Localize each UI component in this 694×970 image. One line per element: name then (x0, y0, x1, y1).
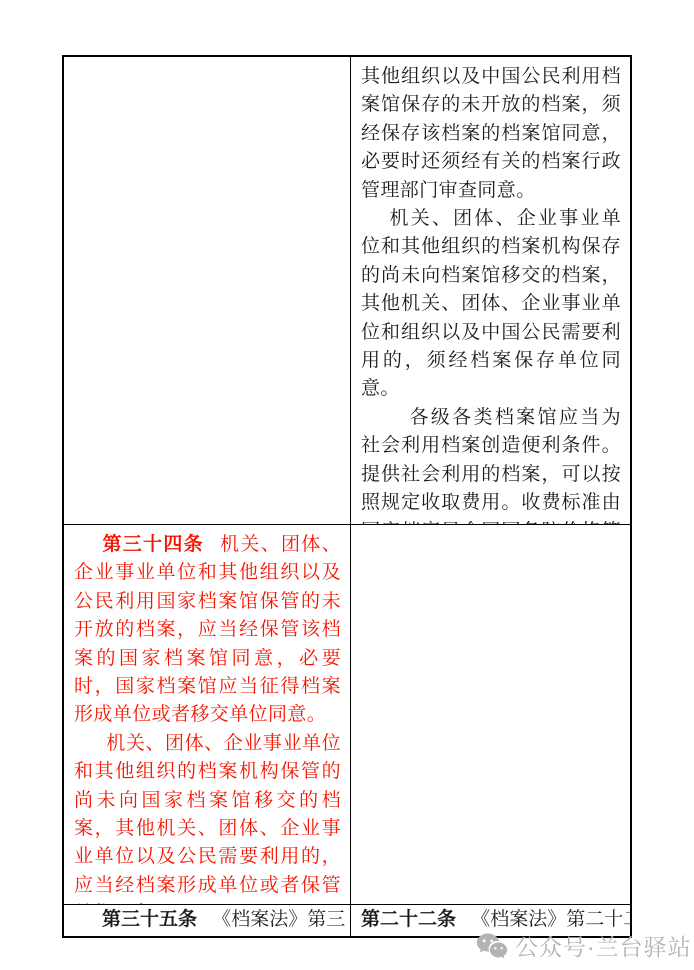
cell-row2-left: 第三十四条机关、团体、企业事业单位和其他组织以及公民利用国家档案馆保管的未开放的… (64, 525, 351, 905)
article-body-text: 《档案法》第三 (212, 906, 345, 934)
watermark: 公众号·兰台驿站 (476, 929, 692, 962)
cell-row2-right (351, 525, 630, 905)
paragraph: 各级各类档案馆应当为社会利用档案创造便利条件。提供社会利用的档案，可以按照规定收… (361, 404, 621, 525)
article-term: 第三十五条 (102, 906, 197, 934)
article-body-text: 机关、团体、企业事业单位和其他组织以及公民利用国家档案馆保管的未开放的档案，应当… (74, 534, 341, 725)
paragraph: 机关、团体、企业事业单位和其他组织的档案机构保管的尚未向国家档案馆移交的档案，其… (74, 730, 341, 905)
wechat-icon (476, 932, 508, 960)
cell-row1-right: 其他组织以及中国公民利用档案馆保存的未开放的档案，须经保存该档案的档案馆同意，必… (351, 57, 630, 525)
article-term: 第三十四条 (103, 534, 204, 555)
law-comparison-table: 其他组织以及中国公民利用档案馆保存的未开放的档案，须经保存该档案的档案馆同意，必… (62, 55, 632, 938)
watermark-text: 公众号·兰台驿站 (515, 929, 692, 962)
paragraph-article-34: 第三十四条机关、团体、企业事业单位和其他组织以及公民利用国家档案馆保管的未开放的… (74, 531, 341, 730)
paragraph-continuation: 其他组织以及中国公民利用档案馆保存的未开放的档案，须经保存该档案的档案馆同意，必… (361, 63, 621, 205)
cell-row3-left: 第三十五条《档案法》第三 (64, 905, 351, 936)
cell-row1-left (64, 57, 351, 525)
article-term: 第二十二条 (361, 906, 456, 934)
paragraph: 机关、团体、企业事业单位和其他组织的档案机构保存的尚未向档案馆移交的档案，其他机… (361, 205, 621, 404)
